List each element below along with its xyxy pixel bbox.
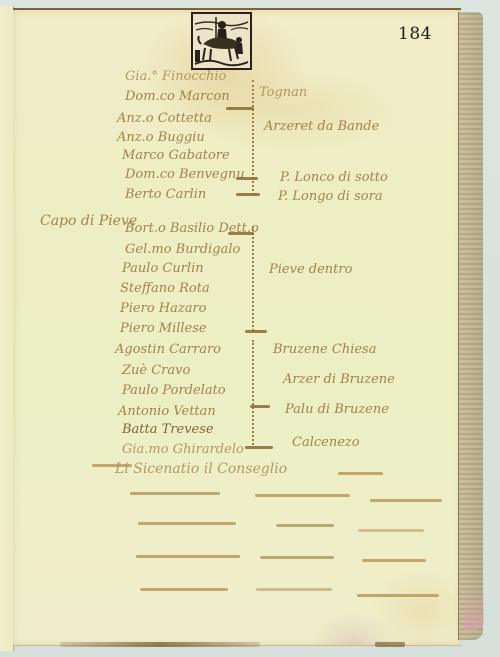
location-annotation: Palu di Bruzene (285, 403, 389, 416)
group-bracket (252, 340, 254, 445)
location-annotation: Arzer di Bruzene (283, 373, 395, 386)
blank-dash (362, 559, 426, 562)
name-entry: Agostin Carraro (115, 343, 221, 356)
bottom-ink-stain (60, 642, 260, 647)
name-entry: Gia.mo Ghirardelo (122, 443, 244, 456)
bracket-tick (226, 107, 254, 110)
blank-dash (130, 492, 220, 495)
blank-dash (256, 588, 332, 591)
name-entry: Dom.co Marcon (125, 90, 230, 103)
blank-dash (276, 524, 334, 527)
location-annotation: Bruzene Chiesa (273, 343, 376, 356)
blank-dash (370, 499, 442, 502)
location-annotation: Tognan (259, 86, 307, 99)
name-entry: Steffano Rota (120, 282, 210, 295)
name-entry: Gel.mo Burdigalo (125, 243, 240, 256)
name-entry: Dom.co Benvegnu (125, 168, 245, 181)
name-entry: Batta Trevese (122, 423, 214, 436)
bracket-tick (236, 193, 260, 196)
name-entry: Marco Gabatore (122, 149, 230, 162)
bracket-tick (245, 330, 267, 333)
location-annotation: Arzeret da Bande (264, 120, 379, 133)
name-entry: Zuè Cravo (122, 364, 190, 377)
margin-label: Capo di Pieve (40, 214, 137, 228)
name-entry: Paulo Curlin (122, 262, 204, 275)
name-entry: Berto Carlin (125, 188, 206, 201)
name-entry: Anz.o Cottetta (117, 112, 212, 125)
blank-dash (358, 529, 424, 532)
folio-number: 184 (398, 24, 432, 44)
bracket-tick (245, 446, 273, 449)
location-annotation: P. Longo di sora (278, 190, 383, 203)
manuscript-folio (13, 8, 461, 646)
blank-dash (255, 494, 350, 497)
name-entry: Anz.o Buggiu (117, 131, 205, 144)
location-annotation: Pieve dentro (269, 263, 352, 276)
frayed-right-edge (458, 12, 483, 640)
name-entry: Gia.° Finocchio (125, 70, 226, 83)
closing-line: Li Sicenatio il Conseglio (115, 462, 287, 476)
location-annotation: P. Lonco di sotto (280, 171, 388, 184)
bracket-tick (228, 232, 254, 235)
pink-stain (464, 590, 484, 630)
name-entry: Piero Millese (120, 322, 207, 335)
name-entry: Antonio Vettan (118, 405, 216, 418)
name-entry: Paulo Pordelato (122, 384, 226, 397)
group-bracket (252, 226, 254, 331)
facing-page-edge (0, 6, 14, 651)
blank-dash (140, 588, 228, 591)
blank-dash (136, 555, 240, 558)
name-entry: Piero Hazaro (120, 302, 207, 315)
location-annotation: Calcenezo (292, 436, 360, 449)
bracket-tick (236, 177, 258, 180)
bottom-ink-stain (375, 642, 405, 647)
bracket-tick (250, 405, 270, 408)
blank-dash (338, 472, 383, 475)
blank-dash (260, 556, 334, 559)
blank-dash (357, 594, 439, 597)
woodcut-stamp-icon (191, 12, 252, 70)
blank-dash (138, 522, 236, 525)
